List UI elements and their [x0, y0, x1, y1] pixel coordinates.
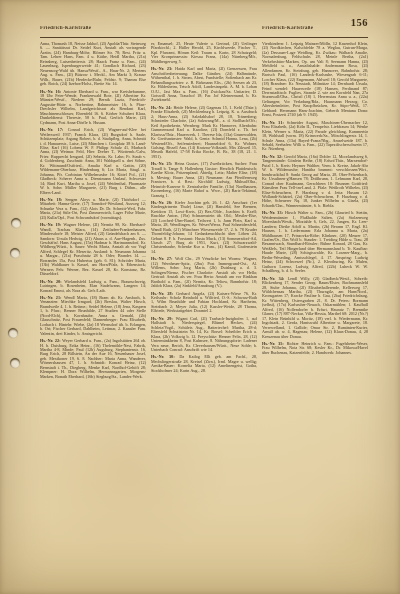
directory-entry: Anna, Thomash 18, Neisse Jakhof, (2l) Ap… — [40, 42, 146, 87]
directory-entry: Hs.-Nr. 17: Conrad Erich, (2l) Wagner-au… — [40, 128, 146, 195]
punch-hole — [10, 358, 20, 368]
entry-house-number: Hs.-Nr. 18: — [40, 197, 65, 202]
page-number: 156 — [351, 18, 368, 29]
entry-house-number: Hs.-Nr. 34: — [262, 276, 288, 281]
text-columns: Anna, Thomash 18, Neisse Jakhof, (2l) Ap… — [40, 42, 368, 567]
directory-entry: Hs.-Nr. 24: Heide Helene, (2l) Gagenau 1… — [151, 106, 257, 159]
directory-entry: Hs.-Nr. 18: Sengen Aloys u. Marie, (2l) … — [40, 198, 146, 220]
punch-hole — [11, 218, 21, 228]
scanned-directory-page: Friedrich-Karlstraße Friedrich-Karlstraß… — [0, 0, 400, 594]
text-column-1: Anna, Thomash 18, Neisse Jakhof, (2l) Ap… — [40, 42, 146, 567]
entry-house-number: Hs.-Nr. 22: — [40, 338, 62, 343]
directory-entry: Hs.-Nr. 21: Wendl Maria, (18) Bram ab. K… — [40, 296, 146, 336]
directory-entry: Hs.-Nr. 25: Heinz Gustav, (17) Zweibrück… — [151, 162, 257, 198]
directory-entry: Hs.-Nr. 34: Lendl Willy, (2l) Gladbeck/W… — [262, 277, 368, 339]
directory-entry: Hs.-Nr. 27: Wolf Chr., 29 Vénzlicke bei … — [151, 257, 257, 288]
entry-house-number: Hs.-Nr. 17: — [40, 127, 68, 132]
text-column-2: er, Emanuel; 25, Heute Valerie u. Gertru… — [151, 42, 257, 567]
directory-entry: Hs.-Nr. 33: Hirsch Walter u. Fam., (2b) … — [262, 211, 368, 273]
directory-entry: Hs.-Nr. 19: Wagner Helene, (2l) Nernitz … — [40, 223, 146, 276]
entry-house-number: Hs.-Nr. 30: — [151, 354, 179, 359]
directory-entry: Hs.-Nr. 29: Wigant Carl, (2l) Trarbach-I… — [151, 317, 257, 353]
directory-entry: Hs.-Nr. 26: Kiefer Joachim geb. 26. 1. 4… — [151, 201, 257, 254]
header-street-left: Friedrich-Karlstraße — [40, 26, 91, 31]
punch-hole — [10, 248, 20, 258]
entry-house-number: Hs.-Nr. 31: — [262, 120, 287, 125]
directory-entry: Hs.-Nr. 32: Gerold Maria, (16a) Dobler 1… — [262, 155, 368, 208]
entry-house-number: Hs.-Nr. 23: — [151, 66, 175, 71]
directory-entry: Viertkindern: 1. Leipzig Mainzer/Mölln, … — [262, 42, 368, 118]
directory-entry: Hs.-Nr. 20: Wielandsfeld Ludwig u. Fam.,… — [40, 280, 146, 293]
entry-house-number: Hs.-Nr. 35: — [262, 341, 287, 346]
running-head: Friedrich-Karlstraße Friedrich-Karlstraß… — [40, 21, 368, 36]
entry-house-number: Hs.-Nr. 26: — [151, 200, 175, 205]
entry-house-number: Hs.-Nr. 28: — [151, 291, 176, 296]
header-rule — [40, 37, 368, 38]
directory-entry: Hs.-Nr. 22: Weyer Gerhard u. Fam., (2a) … — [40, 339, 146, 379]
directory-entry: er, Emanuel; 25, Heute Valerie u. Gertru… — [151, 42, 257, 64]
entry-house-number: Hs.-Nr. 29: — [151, 316, 176, 321]
directory-entry: Hs.-Nr. 30: Da Kailog Elli geb. am Fachf… — [151, 355, 257, 373]
entry-house-number: Hs.-Nr. 33: — [262, 210, 285, 215]
entry-house-number: Hs.-Nr. 16: — [40, 89, 63, 94]
text-column-3: Viertkindern: 1. Leipzig Mainzer/Mölln, … — [262, 42, 368, 567]
entry-house-number: Hs.-Nr. 27: — [151, 256, 175, 261]
header-street-right: Friedrich-Karlstraße — [262, 26, 313, 31]
directory-entry: Hs.-Nr. 16: Antonie Eberhard u. Fam., wa… — [40, 90, 146, 126]
punch-hole — [8, 328, 18, 338]
entry-house-number: Hs.-Nr. 20: — [40, 279, 64, 284]
entry-house-number: Hs.-Nr. 24: — [151, 105, 173, 110]
entry-house-number: Hs.-Nr. 25: — [151, 161, 175, 166]
directory-entry: Hs.-Nr. 35: Richter Heinrich u. Fam.: Fu… — [262, 342, 368, 355]
directory-entry: Hs.-Nr. 23: Haida Karl und Maria, (2l) G… — [151, 67, 257, 103]
directory-entry: Hs.-Nr. 28: Gerhard Angela, (2l) Kaisers… — [151, 292, 257, 314]
entry-house-number: Hs.-Nr. 32: — [262, 154, 284, 159]
entry-house-number: Hs.-Nr. 21: — [40, 295, 64, 300]
entry-house-number: Hs.-Nr. 19: — [40, 222, 63, 227]
directory-entry: Hs.-Nr. 31: Schneider August, Maschinen-… — [262, 121, 368, 152]
